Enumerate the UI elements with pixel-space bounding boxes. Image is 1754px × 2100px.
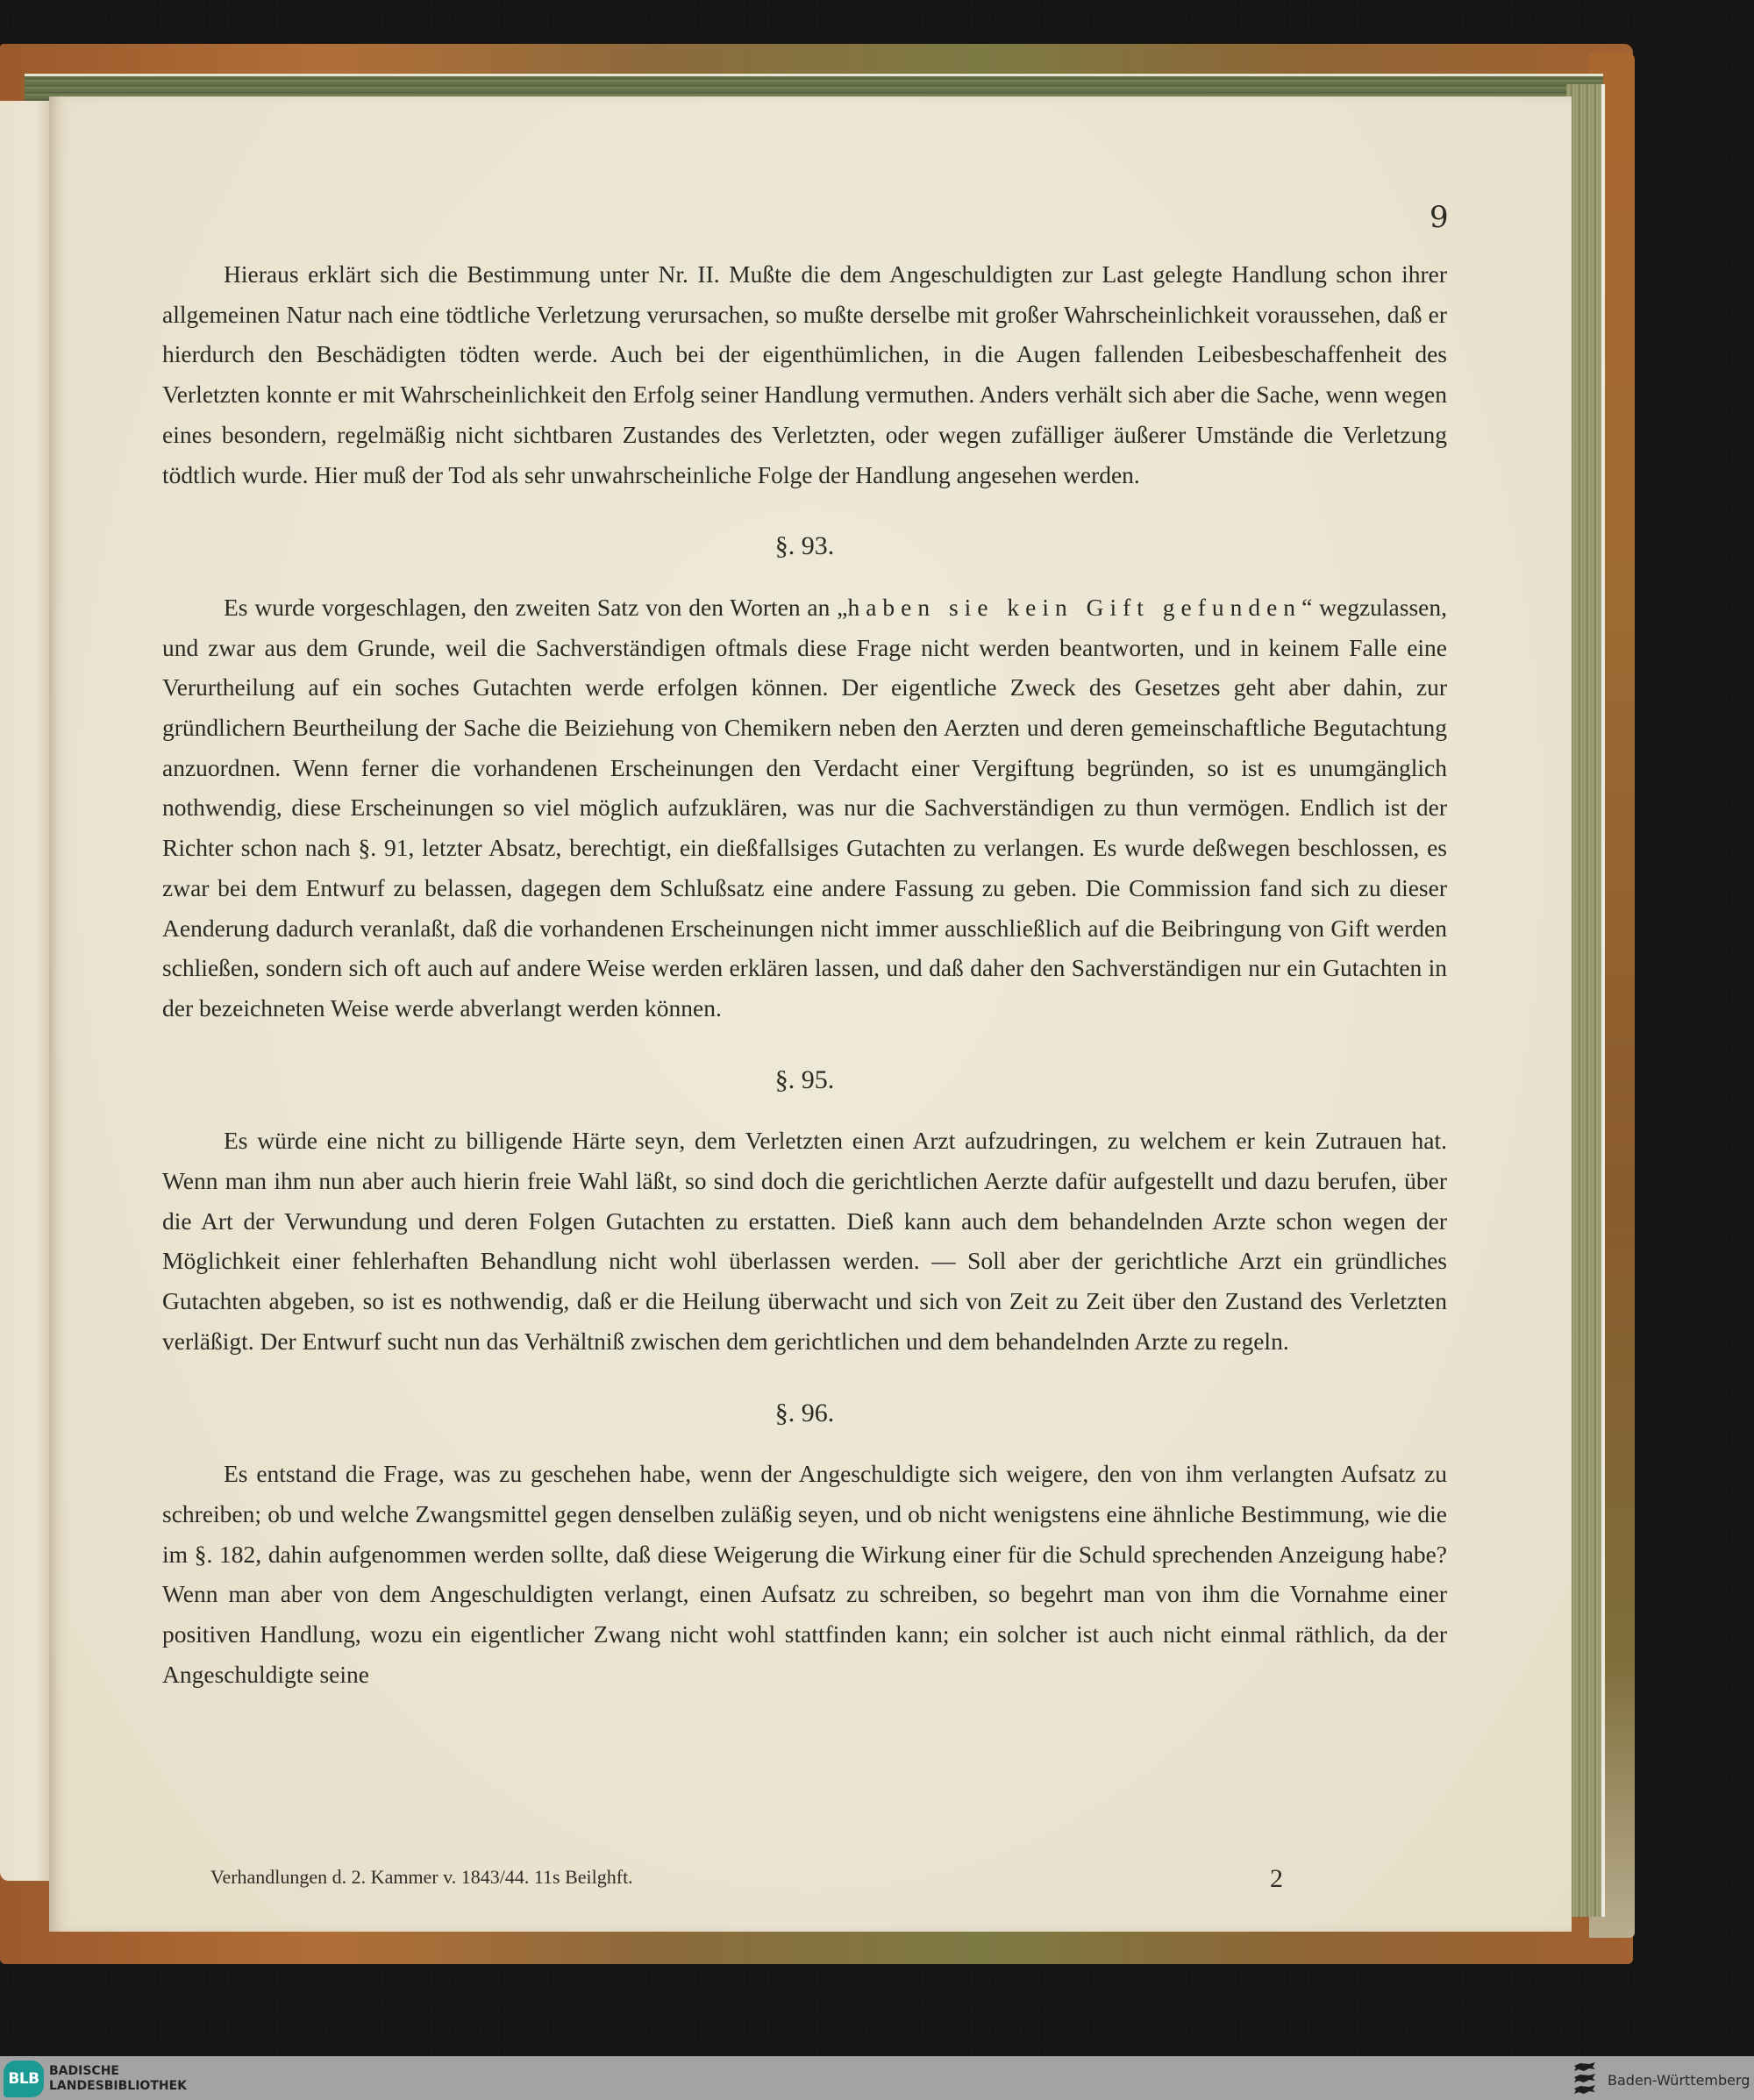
intro-paragraph: Hieraus erklärt sich die Bestimmung unte… xyxy=(162,254,1447,495)
section-93-paragraph: Es wurde vorgeschlagen, den zweiten Satz… xyxy=(162,587,1447,1029)
page-edges-right xyxy=(1566,84,1605,1917)
previous-page-curl xyxy=(0,101,49,1881)
spacer xyxy=(162,495,1447,526)
three-lions-coat-of-arms-icon[interactable] xyxy=(1572,2061,1598,2096)
branding-bar xyxy=(0,2056,1754,2100)
spacer xyxy=(162,1433,1447,1454)
section-93-text-rest: “ wegzulassen, und zwar aus dem Grunde, … xyxy=(162,594,1447,1022)
section-heading-96: §. 96. xyxy=(162,1393,1447,1434)
library-name[interactable]: BADISCHE LANDESBIBLIOTHEK xyxy=(49,2064,187,2094)
section-heading-95: §. 95. xyxy=(162,1060,1447,1100)
spacer xyxy=(162,1100,1447,1121)
section-96-paragraph: Es entstand die Frage, was zu geschehen … xyxy=(162,1454,1447,1694)
spacer xyxy=(162,1362,1447,1393)
section-95-paragraph: Es würde eine nicht zu billigende Härte … xyxy=(162,1121,1447,1361)
spacer xyxy=(162,566,1447,587)
library-name-line2: LANDESBIBLIOTHEK xyxy=(49,2079,187,2094)
section-heading-93: §. 93. xyxy=(162,526,1447,566)
spacer xyxy=(162,1029,1447,1060)
library-name-line1: BADISCHE xyxy=(49,2064,187,2079)
page-number: 9 xyxy=(1430,200,1449,235)
printer-footer-note: Verhandlungen d. 2. Kammer v. 1843/44. 1… xyxy=(210,1866,633,1889)
state-name[interactable]: Baden-Württemberg xyxy=(1608,2072,1750,2089)
signature-mark: 2 xyxy=(1270,1864,1283,1894)
section-93-text-start: Es wurde vorgeschlagen, den zweiten Satz… xyxy=(224,594,847,621)
blb-logo-icon[interactable]: BLB xyxy=(4,2061,44,2097)
section-93-quote: haben sie kein Gift gefunden xyxy=(847,594,1301,621)
page-text: Hieraus erklärt sich die Bestimmung unte… xyxy=(162,254,1447,1695)
